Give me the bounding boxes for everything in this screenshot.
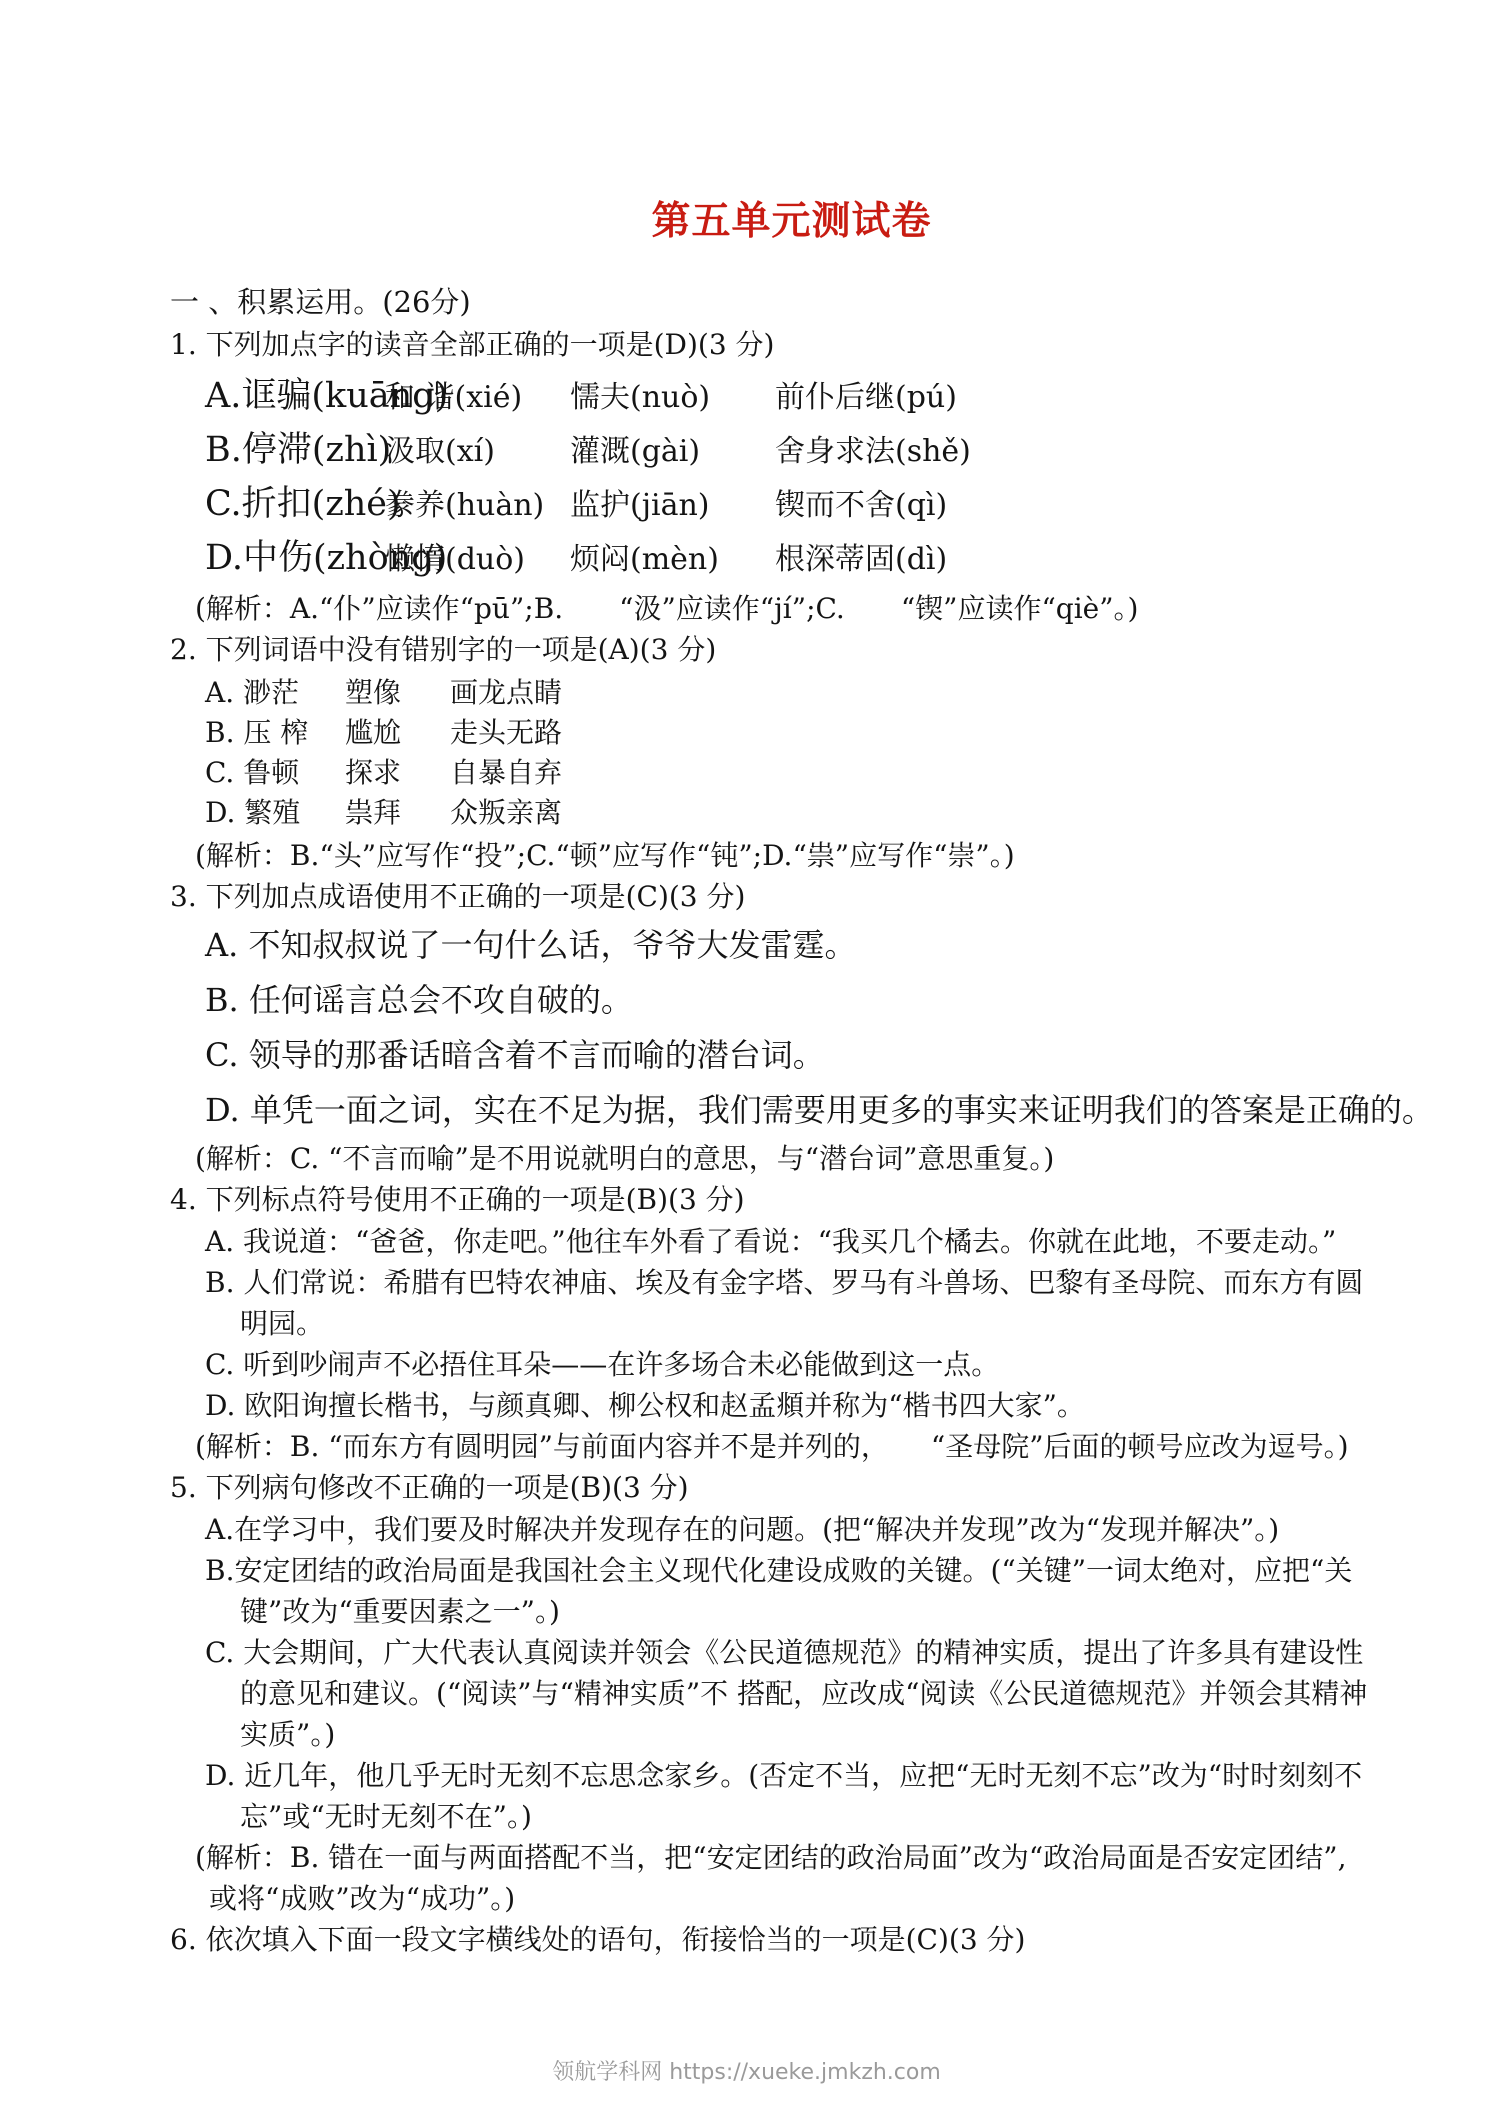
option-cell: 塑像 [345,673,450,713]
question-2: 2. 下列词语中没有错别字的一项是(A)(3 分) A. 渺茫 塑像 画龙点睛 … [170,629,1333,876]
question-5-stem: 5. 下列病句修改不正确的一项是(B)(3 分) [170,1467,1333,1509]
question-4-stem: 4. 下列标点符号使用不正确的一项是(B)(3 分) [170,1179,1333,1221]
option-cell: 众叛亲离 [450,793,1333,833]
watermark-footer: 领航学科网 https://xueke.jmkzh.com [0,2055,1493,2086]
option-cell: 舍身求法(shě) [775,425,1333,478]
option-a: A. 不知叔叔说了一句什么话，爷爷大发雷霆。 [205,918,1333,973]
option-cell: 画龙点睛 [450,673,1333,713]
question-1-stem: 1. 下列加点字的读音全部正确的一项是(D)(3 分) [170,324,1333,366]
test-paper-page: 第五单元测试卷 一 、积累运用。(26分) 1. 下列加点字的读音全部正确的一项… [0,0,1493,1961]
option-cell: 烦闷(mèn) [570,533,775,586]
option-cell: 锲而不舍(qì) [775,479,1333,532]
option-b: B. 任何谣言总会不攻自破的。 [205,973,1333,1028]
option-cell: C. 鲁顿 [205,753,345,793]
option-cell: C.折扣(zhé) [205,478,385,531]
option-row-c: C. 鲁顿 探求 自暴自弃 [205,753,1333,793]
option-cell: 豢养(huàn) [385,479,570,532]
option-d: D. 单凭一面之词，实在不足为据，我们需要用更多的事实来证明我们的答案是正确的。 [205,1083,1333,1138]
option-cell: 探求 [345,753,450,793]
option-cell: 尴尬 [345,713,450,753]
option-cell: B.停滞(zhì) [205,424,385,477]
option-cell: 汲取(xí) [385,425,570,478]
option-c: C. 大会期间，广大代表认真阅读并领会《公民道德规范》的精神实质，提出了许多具有… [205,1632,1375,1755]
section-heading: 一 、积累运用。(26分) [170,280,1333,324]
question-6-stem: 6. 依次填入下面一段文字横线处的语句，衔接恰当的一项是(C)(3 分) [170,1919,1333,1961]
option-cell: A. 渺茫 [205,673,345,713]
option-row-d: D. 繁殖 祟拜 众叛亲离 [205,793,1333,833]
question-1-analysis: (解析：A.“仆”应读作“pū”;B. “汲”应读作“jí”;C. “锲”应读作… [195,588,1359,629]
question-4: 4. 下列标点符号使用不正确的一项是(B)(3 分) A. 我说道：“爸爸，你走… [170,1179,1333,1467]
option-row-a: A. 渺茫 塑像 画龙点睛 [205,673,1333,713]
option-cell: B. 压 榨 [205,713,345,753]
option-cell: 自暴自弃 [450,753,1333,793]
question-2-analysis: (解析：B.“头”应写作“投”;C.“顿”应写作“钝”;D.“祟”应写作“崇”。… [195,835,1359,876]
option-row-b: B. 压 榨 尴尬 走头无路 [205,713,1333,753]
option-row-a: A.诓骗(kuāng) 和 谐(xié) 懦夫(nuò) 前仆后继(pú) [205,370,1333,424]
option-cell: 祟拜 [345,793,450,833]
option-cell: 懒惰(duò) [385,533,570,586]
option-cell: 懦夫(nuò) [570,371,775,424]
option-row-d: D.中伤(zhòng) 懒惰(duò) 烦闷(mèn) 根深蒂固(dì) [205,532,1333,586]
option-d: D. 近几年，他几乎无时无刻不忘思念家乡。(否定不当，应把“无时无刻不忘”改为“… [205,1755,1375,1837]
option-cell: 灌溉(gài) [570,425,775,478]
option-c: C. 听到吵闹声不必捂住耳朵——在许多场合未必能做到这一点。 [205,1344,1375,1385]
option-a: A. 我说道：“爸爸，你走吧。”他往车外看了看说：“我买几个橘去。你就在此地，不… [205,1221,1375,1262]
question-2-stem: 2. 下列词语中没有错别字的一项是(A)(3 分) [170,629,1333,671]
option-cell: D.中伤(zhòng) [205,532,385,585]
question-1-options: A.诓骗(kuāng) 和 谐(xié) 懦夫(nuò) 前仆后继(pú) B.… [205,370,1333,586]
question-6: 6. 依次填入下面一段文字横线处的语句，衔接恰当的一项是(C)(3 分) [170,1919,1333,1961]
question-5: 5. 下列病句修改不正确的一项是(B)(3 分) A.在学习中，我们要及时解决并… [170,1467,1333,1919]
option-cell: 和 谐(xié) [385,371,570,424]
option-d: D. 欧阳询擅长楷书，与颜真卿、柳公权和赵孟頫并称为“楷书四大家”。 [205,1385,1375,1426]
question-5-analysis: (解析：B. 错在一面与两面搭配不当，把“安定团结的政治局面”改为“政治局面是否… [195,1837,1359,1919]
question-3: 3. 下列加点成语使用不正确的一项是(C)(3 分) A. 不知叔叔说了一句什么… [170,876,1333,1179]
question-1: 1. 下列加点字的读音全部正确的一项是(D)(3 分) A.诓骗(kuāng) … [170,324,1333,629]
option-cell: 根深蒂固(dì) [775,533,1333,586]
option-c: C. 领导的那番话暗含着不言而喻的潜台词。 [205,1028,1333,1083]
option-cell: A.诓骗(kuāng) [205,370,385,423]
option-b: B. 人们常说：希腊有巴特农神庙、埃及有金字塔、罗马有斗兽场、巴黎有圣母院、而东… [205,1262,1375,1344]
option-row-b: B.停滞(zhì) 汲取(xí) 灌溉(gài) 舍身求法(shě) [205,424,1333,478]
question-3-analysis: (解析：C. “不言而喻”是不用说就明白的意思，与“潜台词”意思重复。) [195,1138,1359,1179]
question-3-stem: 3. 下列加点成语使用不正确的一项是(C)(3 分) [170,876,1333,918]
page-title: 第五单元测试卷 [210,190,1373,246]
option-b: B.安定团结的政治局面是我国社会主义现代化建设成败的关键。(“关键”一词太绝对，… [205,1550,1375,1632]
option-cell: 前仆后继(pú) [775,371,1333,424]
question-2-options: A. 渺茫 塑像 画龙点睛 B. 压 榨 尴尬 走头无路 C. 鲁顿 探求 自暴… [205,673,1333,833]
question-4-analysis: (解析：B. “而东方有圆明园”与前面内容并不是并列的， “圣母院”后面的顿号应… [195,1426,1359,1467]
option-cell: 走头无路 [450,713,1333,753]
option-cell: D. 繁殖 [205,793,345,833]
option-cell: 监护(jiān) [570,479,775,532]
option-row-c: C.折扣(zhé) 豢养(huàn) 监护(jiān) 锲而不舍(qì) [205,478,1333,532]
option-a: A.在学习中，我们要及时解决并发现存在的问题。(把“解决并发现”改为“发现并解决… [205,1509,1375,1550]
